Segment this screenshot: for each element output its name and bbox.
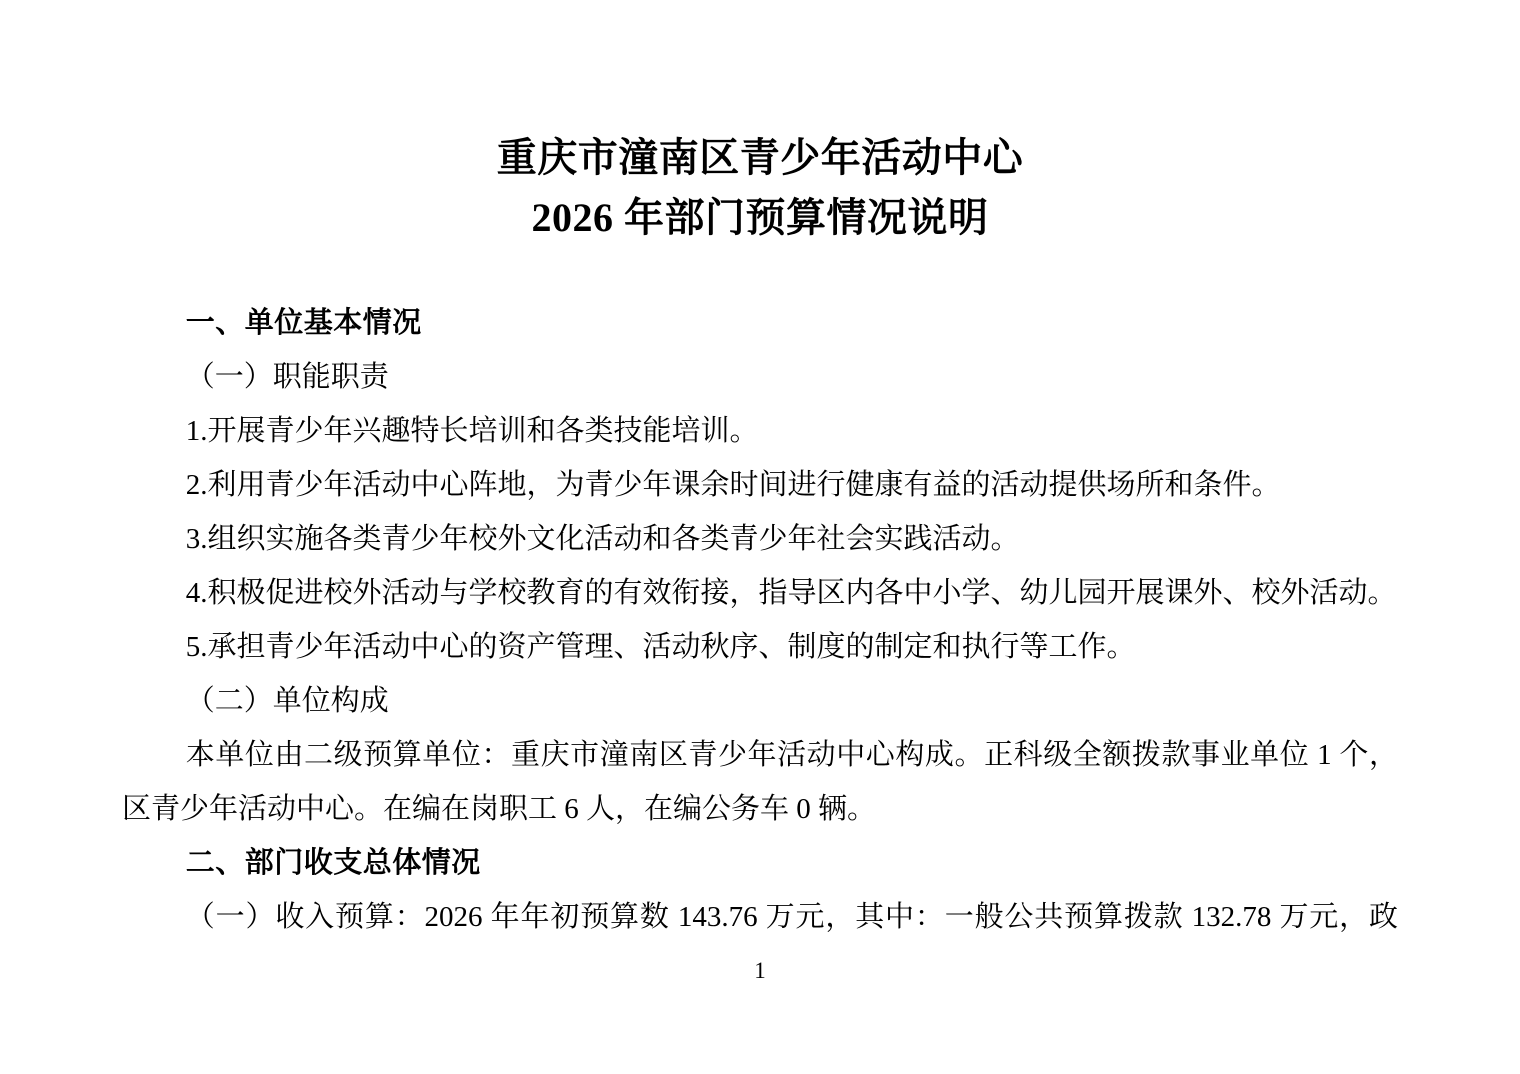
section-heading-1: 一、单位基本情况 xyxy=(122,296,1398,350)
subsection-heading-2: （二）单位构成 xyxy=(122,674,1398,728)
paragraph-income-budget: （一）收入预算：2026 年年初预算数 143.76 万元，其中：一般公共预算拨… xyxy=(122,890,1398,944)
paragraph-unit-composition: 本单位由二级预算单位：重庆市潼南区青少年活动中心构成。正科级全额拨款事业单位 1… xyxy=(122,728,1398,836)
document-page: 重庆市潼南区青少年活动中心 2026 年部门预算情况说明 一、单位基本情况 （一… xyxy=(0,0,1520,1074)
doc-title-line2: 2026 年部门预算情况说明 xyxy=(0,188,1520,248)
section-heading-2: 二、部门收支总体情况 xyxy=(122,836,1398,890)
subsection-heading-1: （一）职能职责 xyxy=(122,350,1398,404)
doc-title: 重庆市潼南区青少年活动中心 2026 年部门预算情况说明 xyxy=(0,128,1520,248)
list-item-1: 1.开展青少年兴趣特长培训和各类技能培训。 xyxy=(122,404,1398,458)
list-item-3: 3.组织实施各类青少年校外文化活动和各类青少年社会实践活动。 xyxy=(122,512,1398,566)
doc-title-line1: 重庆市潼南区青少年活动中心 xyxy=(0,128,1520,188)
list-item-4: 4.积极促进校外活动与学校教育的有效衔接，指导区内各中小学、幼儿园开展课外、校外… xyxy=(122,566,1398,620)
list-item-2: 2.利用青少年活动中心阵地，为青少年课余时间进行健康有益的活动提供场所和条件。 xyxy=(122,458,1398,512)
doc-body: 一、单位基本情况 （一）职能职责 1.开展青少年兴趣特长培训和各类技能培训。 2… xyxy=(122,296,1398,944)
list-item-5: 5.承担青少年活动中心的资产管理、活动秋序、制度的制定和执行等工作。 xyxy=(122,620,1398,674)
page-number: 1 xyxy=(0,956,1520,986)
